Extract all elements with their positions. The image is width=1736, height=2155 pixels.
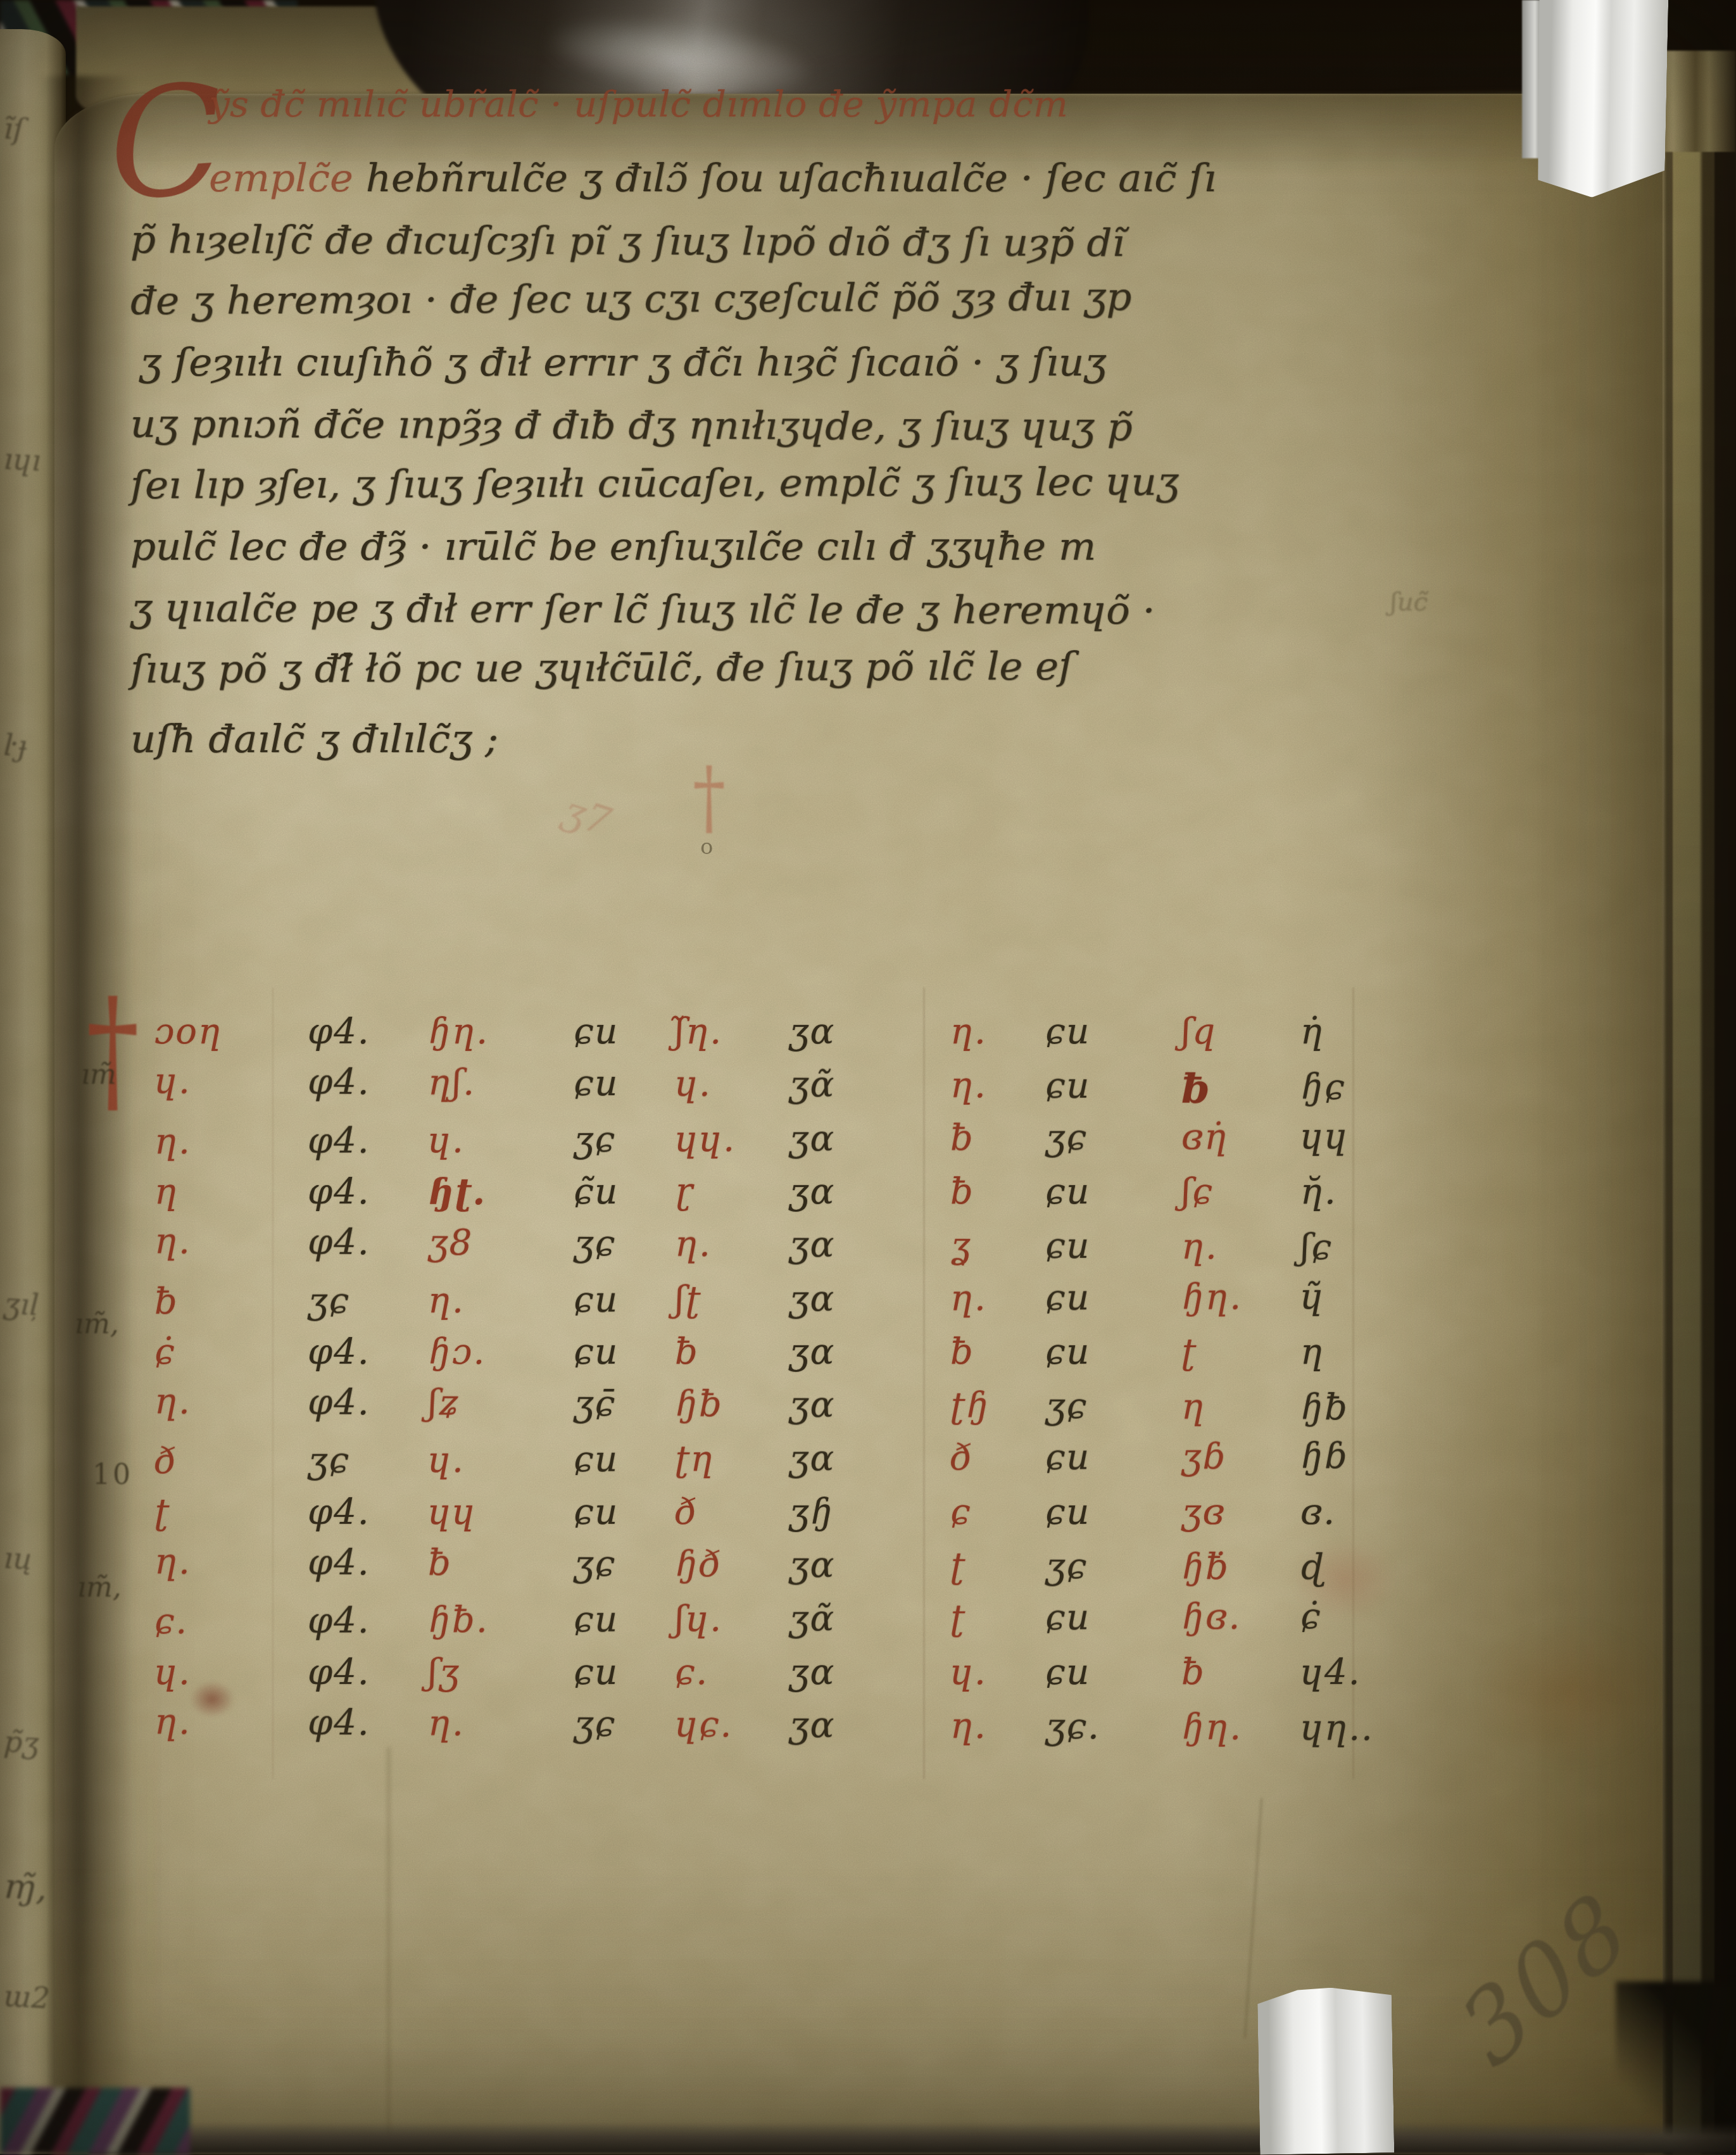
table-cell: ɕu	[574, 1014, 619, 1050]
table-cell: ð	[675, 1495, 698, 1530]
table-cell: ɔoƞ	[154, 1014, 222, 1050]
desk-edge-strip	[89, 2122, 1736, 2154]
table-cell: ð	[154, 1444, 177, 1480]
table-cell: ʒɕ	[574, 1226, 616, 1262]
table-cell: ʃɕ	[1300, 1230, 1333, 1266]
table-cell: ʒɑ	[789, 1014, 835, 1050]
table-cell: ɕu	[1045, 1280, 1091, 1316]
table-cell: ƞ.	[154, 1704, 191, 1740]
table-cell: ɕu	[574, 1283, 619, 1318]
table-margin-mark: ım̃	[81, 1059, 116, 1091]
table-cell: φ4.	[308, 1064, 370, 1100]
table-margin-mark: ım̃,	[75, 1308, 119, 1340]
table-cell: ʒɑ	[789, 1655, 835, 1690]
table-cell: ʒɕ	[1045, 1120, 1088, 1155]
table-cell: ɧɔ.	[428, 1335, 486, 1370]
table-cell: ʒɕ	[574, 1547, 616, 1582]
text-line: ſeı lıp ȝſeı, ʒ ſıuʒ ſeȝııłı cıūcaſeı, e…	[130, 463, 1179, 505]
table-cell: ɕ	[950, 1495, 971, 1530]
table-cell: ɥ.	[154, 1064, 191, 1099]
bleedthrough-mark: ĩſ	[3, 111, 62, 149]
table-cell: ƞ.	[950, 1068, 987, 1103]
table-cell: ɕu	[574, 1442, 619, 1478]
table-cell: ʒɑ	[789, 1281, 836, 1317]
bleedthrough-mark: ŀɟ	[3, 728, 62, 765]
table-cell: ɧƀ	[675, 1386, 723, 1422]
top-clip	[1535, 0, 1669, 199]
table-cell: ɕu	[1045, 1014, 1090, 1050]
table-cell: φ4.	[308, 1545, 370, 1581]
table-cell: ɞ.	[1300, 1495, 1336, 1530]
table-cell: ʃ̃ƞ.	[675, 1014, 722, 1050]
table-cell: ɕ.	[154, 1604, 188, 1640]
table-cell: ɥɥ	[428, 1495, 476, 1530]
table-cell: ʒɕ	[1045, 1389, 1088, 1424]
table-cell: ʒɕ	[308, 1443, 350, 1479]
text-line: ʒ ſeȝııłı cıuſıħõ ʒ đıł errır ʒ đc̃ı hıȝ…	[139, 344, 1107, 382]
table-cell: ʈ	[950, 1600, 966, 1636]
table-cell: ʒɞ	[1181, 1495, 1226, 1530]
corner-shadow	[1616, 1982, 1736, 2154]
page-tone-bottom	[54, 1868, 1663, 2154]
text-line-rest: hebñrulc̃e ʒ đılɔ̃ ſou uſacħıualc̃e · ſe…	[353, 156, 1216, 201]
table-row: ð ʒɕ ɥ. ɕu ʈƞ ʒɑ ð ɕu ʒɓ ɧɓ	[54, 1437, 1663, 1497]
table-cell: ʃq	[1181, 1014, 1216, 1050]
table-cell: ƞ.	[675, 1226, 712, 1262]
table-cell: ƞ.	[428, 1283, 465, 1319]
table-cell: ɕ̇	[154, 1335, 175, 1370]
table-cell: ɕ̃u	[574, 1174, 619, 1210]
table-cell: ɥƞ..	[1300, 1711, 1374, 1747]
bleedthrough-mark: ʒıļ	[3, 1286, 62, 1324]
table-cell: ʃɥ.	[675, 1602, 722, 1637]
table-cell: ɥ.	[428, 1123, 465, 1159]
table-cell: ʒɕ̄	[574, 1386, 616, 1422]
numeral-table: ɔoƞ φ4. ɧƞ. ɕu ʃ̃ƞ. ʒɑ ƞ. ɕu ʃq ƞ̇ ɥ. φ4…	[54, 1013, 1663, 1811]
table-cell: φ4.	[308, 1495, 370, 1530]
table-cell: ʈ	[950, 1549, 966, 1584]
table-cell: φ4.	[308, 1224, 370, 1260]
table-cell: ʒ8	[428, 1225, 474, 1260]
table-row: ʈ φ4. ɥɥ ɕu ð ʒɧ ɕ ɕu ʒɞ ɞ.	[54, 1495, 1663, 1548]
rubric-line: ỹs đc̃ mılıc̃ ubr̃alc̃ · uſpulc̃ dımlo đ…	[209, 87, 1068, 123]
bleedthrough-mark: ıɥı	[3, 442, 62, 479]
table-cell: φ4.	[308, 1335, 370, 1370]
table-cell: ɽ	[675, 1174, 693, 1210]
table-cell: ɥ.	[428, 1443, 465, 1478]
table-cell: ɥɥ	[1300, 1119, 1349, 1155]
right-margin-note: ʃuc̃	[1390, 587, 1428, 617]
table-cell: ɕu	[1045, 1174, 1090, 1210]
table-cell: ɕu	[1045, 1600, 1091, 1635]
table-cell: ʒɕ.	[1045, 1709, 1100, 1745]
table-margin-mark: ım̃,	[77, 1571, 122, 1604]
table-cell: φ4.	[308, 1655, 370, 1690]
table-cell: φ4.	[308, 1174, 370, 1210]
table-cell: ɕ̇	[1300, 1599, 1322, 1635]
table-cell: ɧƀ	[1300, 1390, 1349, 1426]
table-cell: ɧƀ.	[428, 1603, 489, 1638]
table-cell: φ4.	[308, 1123, 370, 1159]
text-line: đe ʒ heremȝoı · đe ſec uʒ cʒı cʒeſculc̃ …	[130, 278, 1131, 320]
table-cell: ƞ.	[1181, 1229, 1218, 1265]
table-cell: ɥ.	[675, 1066, 712, 1102]
text-line: uʒ pnıɔñ đc̃e ınpȝ̃ȝ đ đıƀ đʒ ƞnıłıʒɥde,…	[130, 405, 1133, 446]
section-cross-icon: †	[693, 749, 726, 846]
table-cell: ƞ̆.	[1300, 1174, 1337, 1210]
table-row: ƞ φ4. ɧʈ. ɕ̃u ɽ ʒɑ ƀ ɕu ʃɕ ƞ̆.	[54, 1174, 1663, 1228]
table-cell: ƞ̇	[1300, 1014, 1324, 1050]
bleedthrough-mark: ɱ̃,	[3, 1866, 61, 1909]
table-cell: ɧƞ.	[1181, 1710, 1242, 1746]
table-row: ɥ. φ4. ʃʒ ɕu ɕ. ʒɑ ɥ. ɕu ƀ ɥ4.	[54, 1655, 1663, 1708]
table-cell: ɧƞ.	[1181, 1279, 1242, 1315]
table-cell: ƞ	[1181, 1390, 1205, 1425]
table-cell: ɧɕ	[1300, 1070, 1346, 1105]
text-line: p̃ hıȝelıſc̃ đe đıcuſcȝſı pı̃ ʒ ſıuʒ lıp…	[130, 221, 1125, 262]
table-margin-mark: 10	[92, 1459, 133, 1491]
table-cell: ʒɑ	[789, 1174, 835, 1210]
table-cell: ɥɕ.	[675, 1707, 733, 1742]
table-cell: ʈ	[154, 1495, 170, 1530]
table-cell: ɕu	[574, 1335, 619, 1370]
table-cell: ʃɕ	[1181, 1174, 1214, 1210]
table-row: ɕ. φ4. ɧƀ. ɕu ʃɥ. ʒɑ̃ ʈ ɕu ɧɞ. ɕ̇	[54, 1597, 1663, 1657]
table-cell: ƀ	[1181, 1655, 1205, 1690]
table-cell: ɥɥ.	[675, 1122, 736, 1157]
table-cell: ɕu	[574, 1655, 619, 1690]
cross-dot: o	[700, 834, 713, 860]
table-cell: φ4.	[308, 1705, 370, 1741]
table-cell: ƞ.	[950, 1014, 987, 1050]
table-cell: ʃʈ	[675, 1282, 701, 1317]
table-cell: ʒɕ	[1045, 1549, 1088, 1585]
endband-threads-bottom	[0, 2088, 190, 2154]
table-cell: ɥ̃	[1300, 1279, 1324, 1315]
table-cell: ɧɓ	[1300, 1439, 1349, 1474]
table-cell: ƞ.	[154, 1544, 191, 1580]
table-cell: ʃʒ	[428, 1655, 460, 1690]
table-row: ƀ ʒɕ ƞ. ɕu ʃʈ ʒɑ ƞ. ɕu ɧƞ. ɥ̃	[54, 1278, 1663, 1338]
table-cell: ʒɓ	[1181, 1439, 1227, 1474]
bleedthrough-mark: ɯ2	[3, 1979, 62, 2016]
table-cell: φ4.	[308, 1385, 370, 1421]
table-cell: ʒɧ	[789, 1495, 834, 1530]
table-cell: φ4.	[308, 1603, 370, 1638]
table-row: ƞ. φ4. ʒ8 ʒɕ ƞ. ʒɑ ʓ ɕu ƞ. ʃɕ	[54, 1223, 1663, 1285]
table-cell: ɥ4.	[1300, 1655, 1361, 1690]
table-cell: ɕu	[1045, 1229, 1091, 1264]
table-cell: ɕu	[1045, 1440, 1091, 1475]
bleedthrough-mark: p̃ʒ	[3, 1725, 62, 1762]
table-cell: ɧƀ̇	[1181, 1550, 1230, 1585]
table-cell: ð	[950, 1440, 973, 1476]
table-cell: ʒɕ	[308, 1284, 350, 1319]
table-cell: ɧð	[675, 1547, 722, 1582]
table-cell: ƀ	[428, 1545, 452, 1581]
table-row: ɕ̇ φ4. ɧɔ. ɕu ƀ ʒɑ ƀ ɕu ʈ ƞ	[54, 1335, 1663, 1388]
table-cell: φ4.	[308, 1014, 370, 1050]
table-row: ɔoƞ φ4. ɧƞ. ɕu ʃ̃ƞ. ʒɑ ƞ. ɕu ʃq ƞ̇	[54, 1014, 1663, 1067]
table-cell: ɥ.	[154, 1655, 191, 1690]
table-row: ƞ. φ4. ɥ. ʒɕ ɥɥ. ʒɑ ƀ ʒɕ ɞƞ̇ ɥɥ	[54, 1117, 1663, 1178]
table-row: ɥ. φ4. ƞʃ. ɕu ɥ. ʒɑ̃ ƞ. ɕu ƀ ɧɕ	[54, 1063, 1663, 1124]
table-cell: ƀ	[950, 1335, 974, 1370]
table-cell: ɧƞ.	[428, 1014, 489, 1050]
table-cell: ʒɑ	[789, 1121, 836, 1157]
table-cell: ɞƞ̇	[1181, 1119, 1229, 1155]
text-line: ʒ ɥııalc̃e pe ʒ đıł err ſer lc̃ ſıuʒ ılc…	[130, 589, 1155, 630]
table-cell: ʓ	[950, 1228, 972, 1264]
table-cell: ʒɑ	[789, 1387, 836, 1423]
table-cell: ɖ	[1300, 1550, 1325, 1586]
table-cell: ƞ.	[154, 1384, 191, 1419]
text-line-lead-red: emplc̃e	[209, 156, 353, 201]
bottom-clip	[1257, 1987, 1395, 2154]
table-cell: ƞ.	[428, 1706, 465, 1741]
table-cell: ƀ	[950, 1174, 974, 1210]
table-cell: ʒɕ	[574, 1707, 616, 1742]
bleedthrough-mark: ıų	[3, 1541, 62, 1578]
table-cell: ƀ	[950, 1121, 974, 1156]
table-cell: ɕu	[574, 1495, 619, 1530]
table-cell: ƞ	[154, 1174, 179, 1210]
table-cell: ɕu	[574, 1066, 619, 1102]
table-cell: ʒɑ	[789, 1707, 836, 1743]
text-line: ſıuʒ põ ʒ đł̃ łõ pc ue ʒɥıłc̃ūlc̃, đe ſı…	[130, 648, 1073, 689]
table-cell: ʒɑ̃	[789, 1067, 836, 1102]
table-cell: ʃʑ	[428, 1385, 460, 1421]
table-cell: ɧɞ.	[1181, 1599, 1241, 1635]
table-cell: ƞ	[1300, 1335, 1324, 1370]
table-row: ƞ. φ4. ƀ ʒɕ ɧð ʒɑ ʈ ʒɕ ɧƀ̇ ɖ	[54, 1543, 1663, 1605]
table-cell: ʒɑ	[789, 1335, 835, 1370]
table-cell: ʒɑ	[789, 1441, 836, 1476]
table-cell: ɕ.	[675, 1655, 708, 1690]
table-cell: ƀ	[675, 1335, 699, 1370]
table-cell: ɧʈ.	[428, 1174, 486, 1210]
table-cell: ʒɑ̃	[789, 1601, 836, 1637]
table-cell: ɥ.	[950, 1655, 987, 1690]
table-cell: ʈɧ	[950, 1388, 990, 1424]
table-cell: ƞ.	[154, 1224, 191, 1259]
table-cell: ɕu	[1045, 1069, 1091, 1104]
table-cell: ʒɑ	[789, 1547, 836, 1583]
table-row: ƞ. φ4. ʃʑ ʒɕ̄ ɧƀ ʒɑ ʈɧ ʒɕ ƞ ɧƀ	[54, 1383, 1663, 1445]
table-cell: ɕu	[1045, 1495, 1090, 1530]
table-cell: ʈ	[1181, 1335, 1197, 1370]
text-line: emplc̃e hebñrulc̃e ʒ đılɔ̃ ſou uſacħıual…	[209, 160, 1216, 198]
table-cell: ƞ.	[950, 1709, 987, 1744]
table-cell: ʒɑ	[789, 1227, 836, 1262]
table-cell: ƀ	[154, 1285, 179, 1320]
table-cell: ʒɕ	[574, 1122, 616, 1158]
table-cell: ɕu	[1045, 1655, 1090, 1690]
table-cell: ɕu	[1045, 1335, 1090, 1370]
text-line: uſħ đaılc̃ ʒ đılılc̃ʒ ;	[130, 720, 498, 758]
table-cell: ƞ.	[154, 1124, 191, 1160]
table-cell: ƞʃ.	[428, 1065, 475, 1100]
table-cell: ƞ.	[950, 1281, 987, 1316]
text-line: pulc̃ lec đe đȝ̃ · ırūlc̃ be enſıuʒılc̃e…	[130, 528, 1096, 566]
table-cell: ƀ	[1181, 1069, 1211, 1110]
table-cell: ʈƞ	[675, 1442, 715, 1477]
table-row: ƞ. φ4. ƞ. ʒɕ ɥɕ. ʒɑ ƞ. ʒɕ. ɧƞ. ɥƞ..	[54, 1704, 1663, 1765]
table-cell: ɕu	[574, 1602, 619, 1638]
